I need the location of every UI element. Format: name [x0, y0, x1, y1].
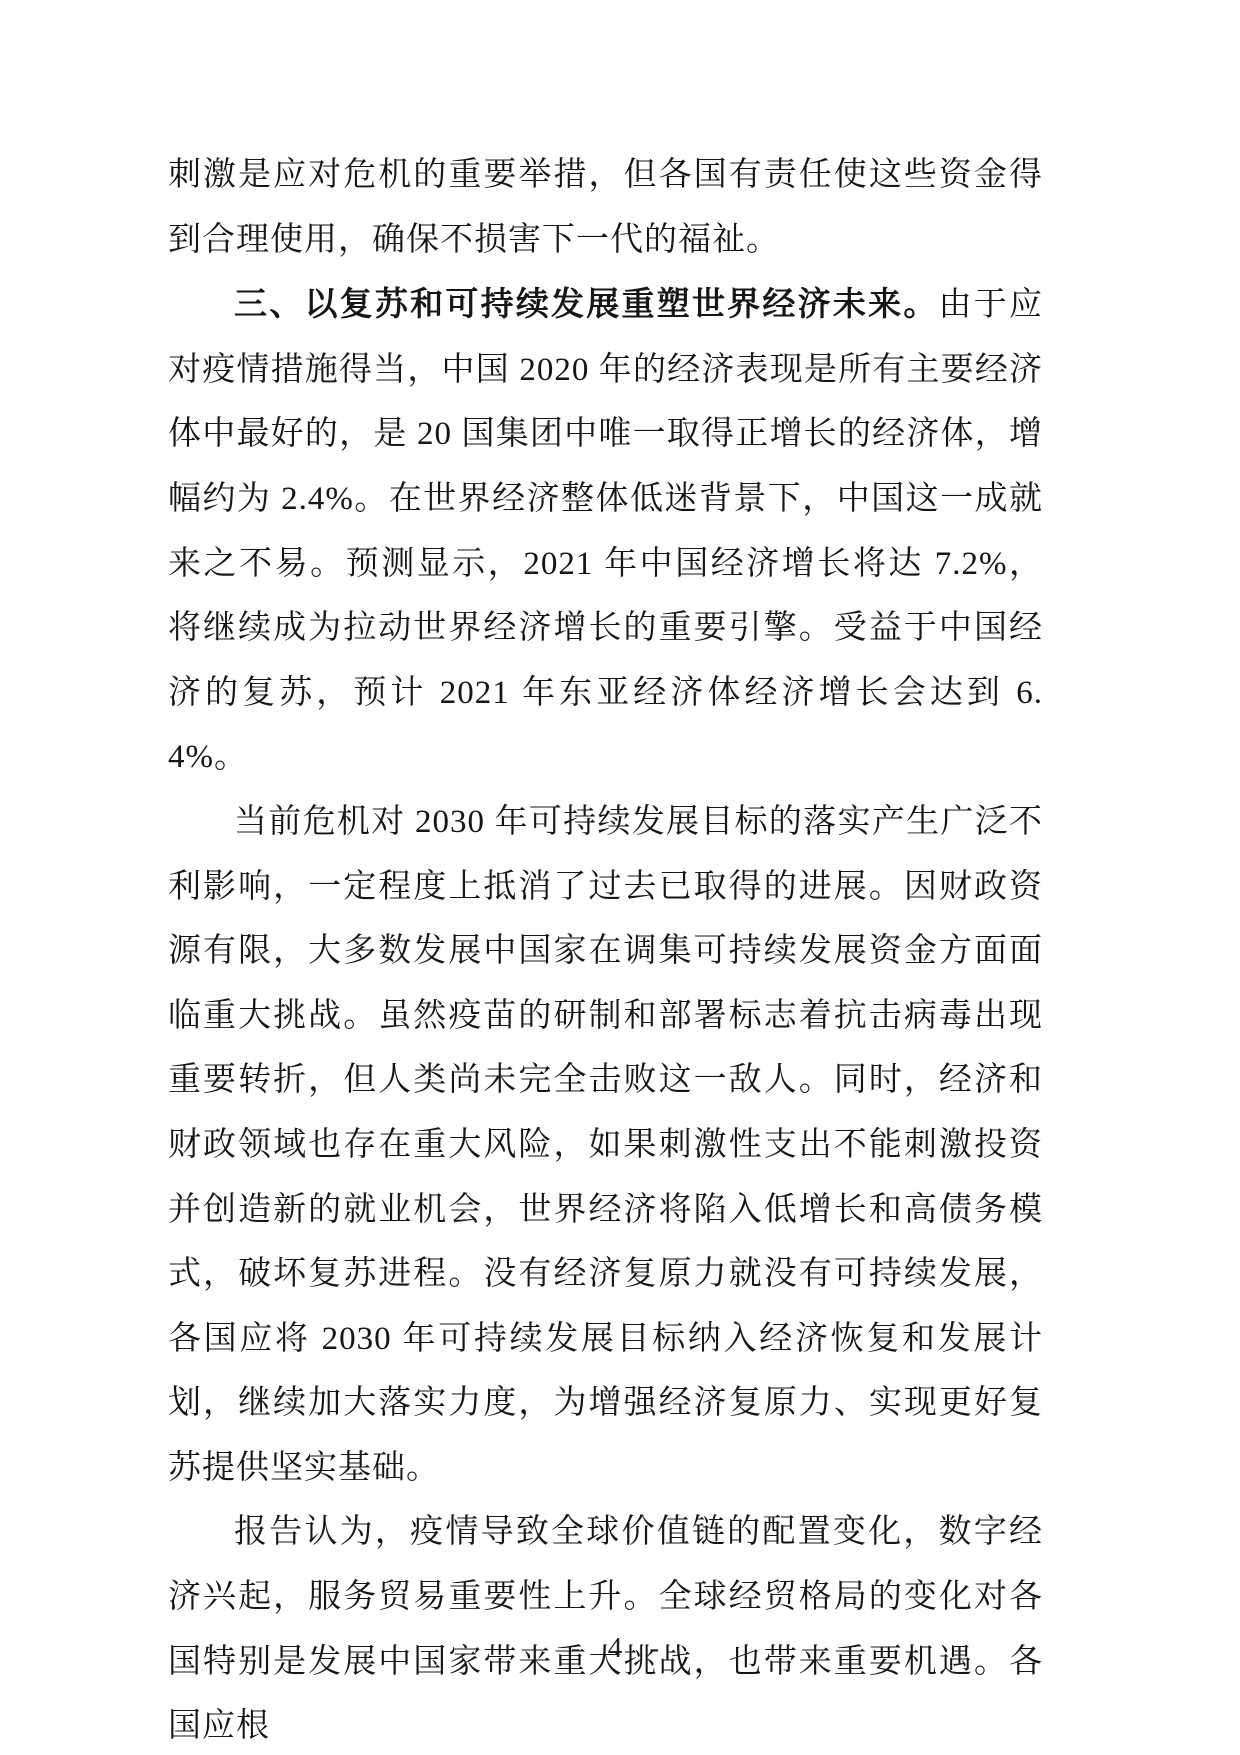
section-body-text: 由于应对疫情措施得当，中国 2020 年的经济表现是所有主要经济体中最好的，是 …: [168, 287, 1043, 775]
paragraph-continuation: 刺激是应对危机的重要举措，但各国有责任使这些资金得到合理使用，确保不损害下一代的…: [168, 143, 1043, 272]
paragraph-section-three: 三、以复苏和可持续发展重塑世界经济未来。由于应对疫情措施得当，中国 2020 年…: [168, 272, 1043, 790]
section-heading: 三、以复苏和可持续发展重塑世界经济未来。: [234, 285, 939, 322]
paragraph-report-view: 报告认为，疫情导致全球价值链的配置变化，数字经济兴起，服务贸易重要性上升。全球经…: [168, 1500, 1043, 1755]
document-body: 刺激是应对危机的重要举措，但各国有责任使这些资金得到合理使用，确保不损害下一代的…: [168, 143, 1043, 1755]
document-page: 刺激是应对危机的重要举措，但各国有责任使这些资金得到合理使用，确保不损害下一代的…: [0, 0, 1240, 1755]
paragraph-sdg-crisis: 当前危机对 2030 年可持续发展目标的落实产生广泛不利影响，一定程度上抵消了过…: [168, 790, 1043, 1501]
page-number: - 4 -: [0, 1632, 1240, 1665]
